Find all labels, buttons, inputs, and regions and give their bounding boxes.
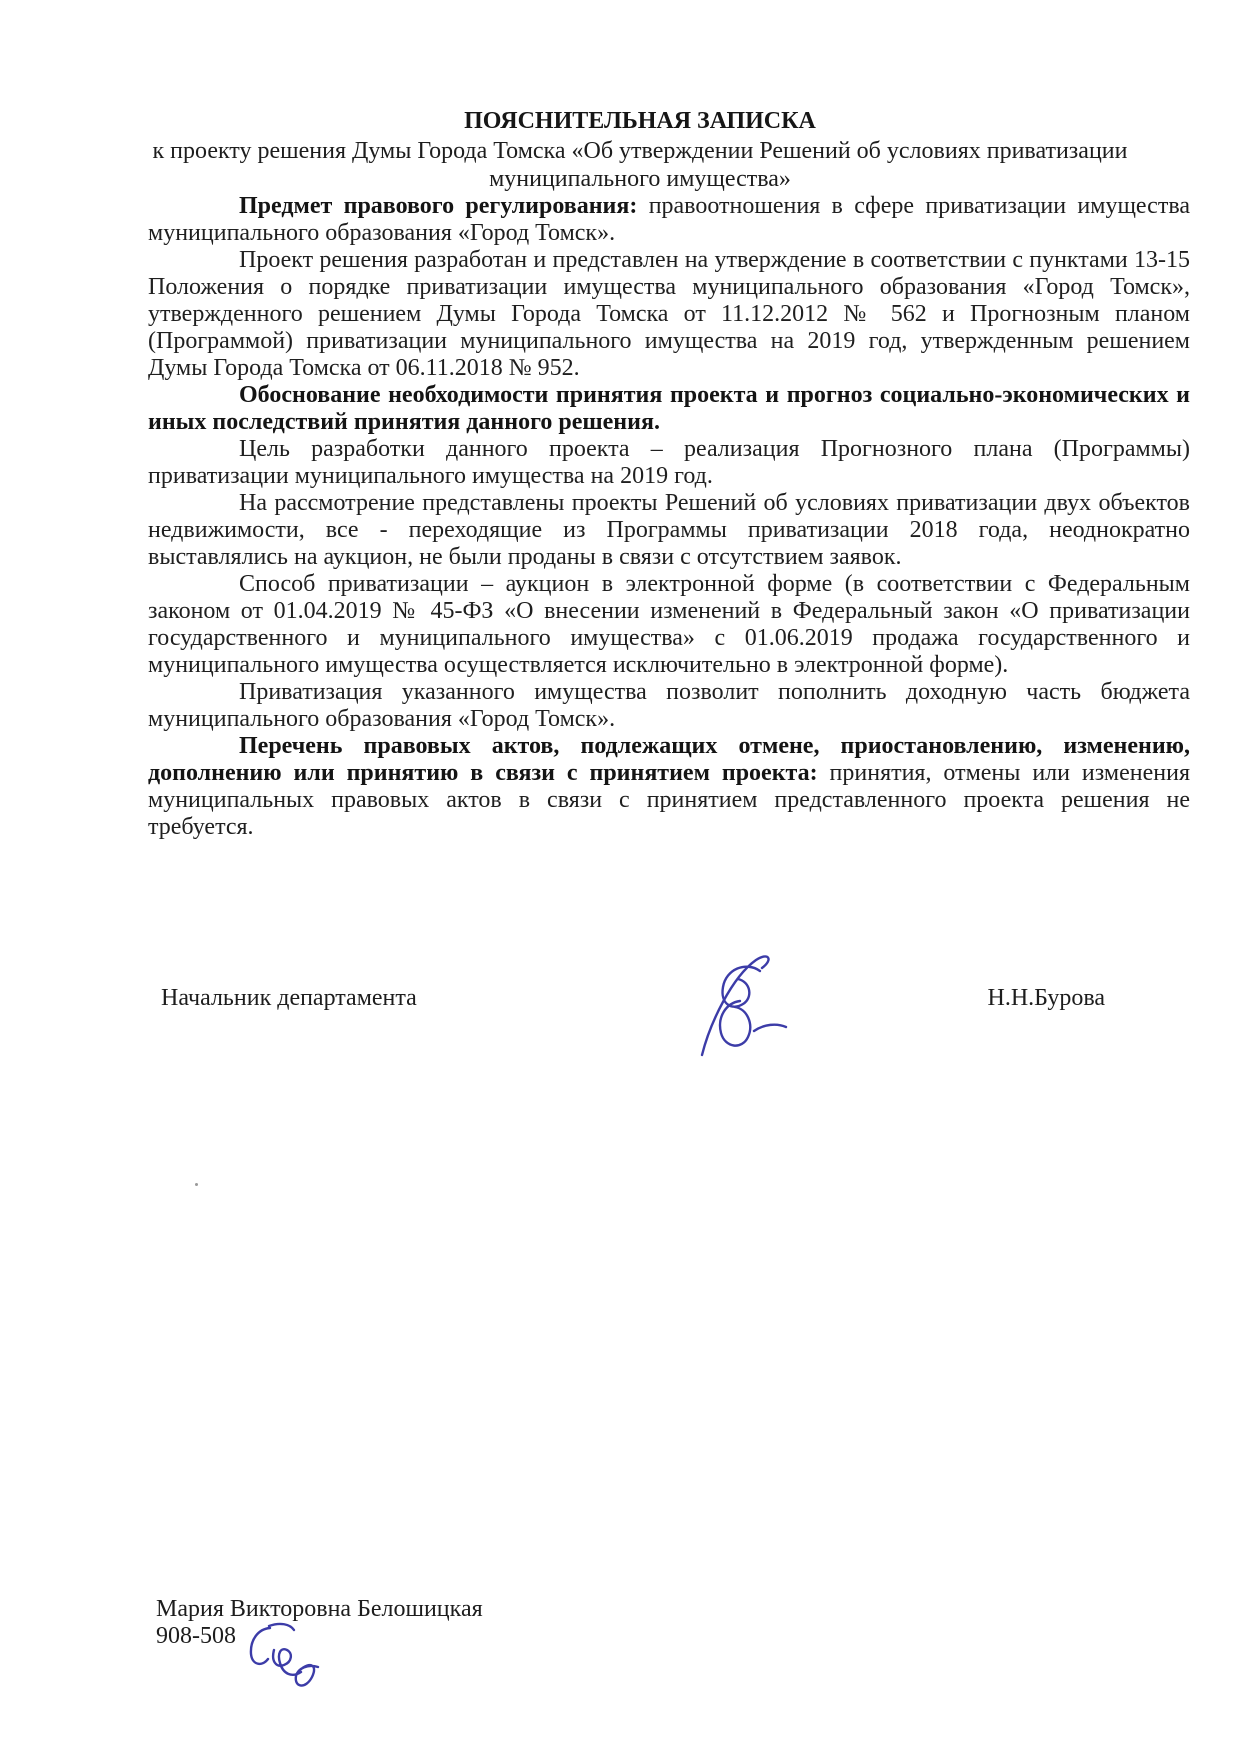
paragraph-objects: На рассмотрение представлены проекты Реш… (148, 490, 1190, 571)
paragraph-text: Приватизация указанного имущества позвол… (148, 679, 1190, 732)
paragraph-text: Способ приватизации – аукцион в электрон… (148, 571, 1190, 678)
paragraph-lead: Предмет правового регулирования: (239, 193, 637, 219)
initials-icon (236, 1620, 346, 1705)
document-body: ПОЯСНИТЕЛЬНАЯ ЗАПИСКА к проекту решения … (148, 106, 1190, 1070)
document-page: ПОЯСНИТЕЛЬНАЯ ЗАПИСКА к проекту решения … (0, 0, 1240, 1753)
paragraph-legal-acts: Перечень правовых актов, подлежащих отме… (148, 733, 1190, 841)
page-subtitle: к проекту решения Думы Города Томска «Об… (148, 138, 1132, 193)
paragraph-goal: Цель разработки данного проекта – реализ… (148, 436, 1190, 490)
paragraph-text: На рассмотрение представлены проекты Реш… (148, 490, 1190, 570)
page-title: ПОЯСНИТЕЛЬНАЯ ЗАПИСКА (148, 106, 1132, 136)
executor-block: Мария Викторовна Белошицкая 908-508 (156, 1596, 483, 1650)
document-heading: ПОЯСНИТЕЛЬНАЯ ЗАПИСКА к проекту решения … (148, 106, 1190, 193)
paragraph-lead: Обоснование необходимости принятия проек… (148, 382, 1190, 435)
paragraph-justification-heading: Обоснование необходимости принятия проек… (148, 382, 1190, 436)
signature-icon (680, 951, 800, 1068)
executor-name: Мария Викторовна Белошицкая (156, 1596, 483, 1623)
paragraph-method: Способ приватизации – аукцион в электрон… (148, 571, 1190, 679)
paragraph-basis: Проект решения разработан и представлен … (148, 247, 1190, 382)
signer-position: Начальник департамента (161, 985, 417, 1012)
signer-name: Н.Н.Бурова (987, 985, 1105, 1012)
paragraph-subject: Предмет правового регулирования: правоот… (148, 193, 1190, 247)
paragraph-budget: Приватизация указанного имущества позвол… (148, 679, 1190, 733)
paragraph-text: Проект решения разработан и представлен … (148, 247, 1190, 381)
scan-artifact-dot (195, 1183, 198, 1186)
signature-block: Начальник департамента Н.Н.Бурова (148, 985, 1190, 1070)
paragraph-text: Цель разработки данного проекта – реализ… (148, 436, 1190, 489)
